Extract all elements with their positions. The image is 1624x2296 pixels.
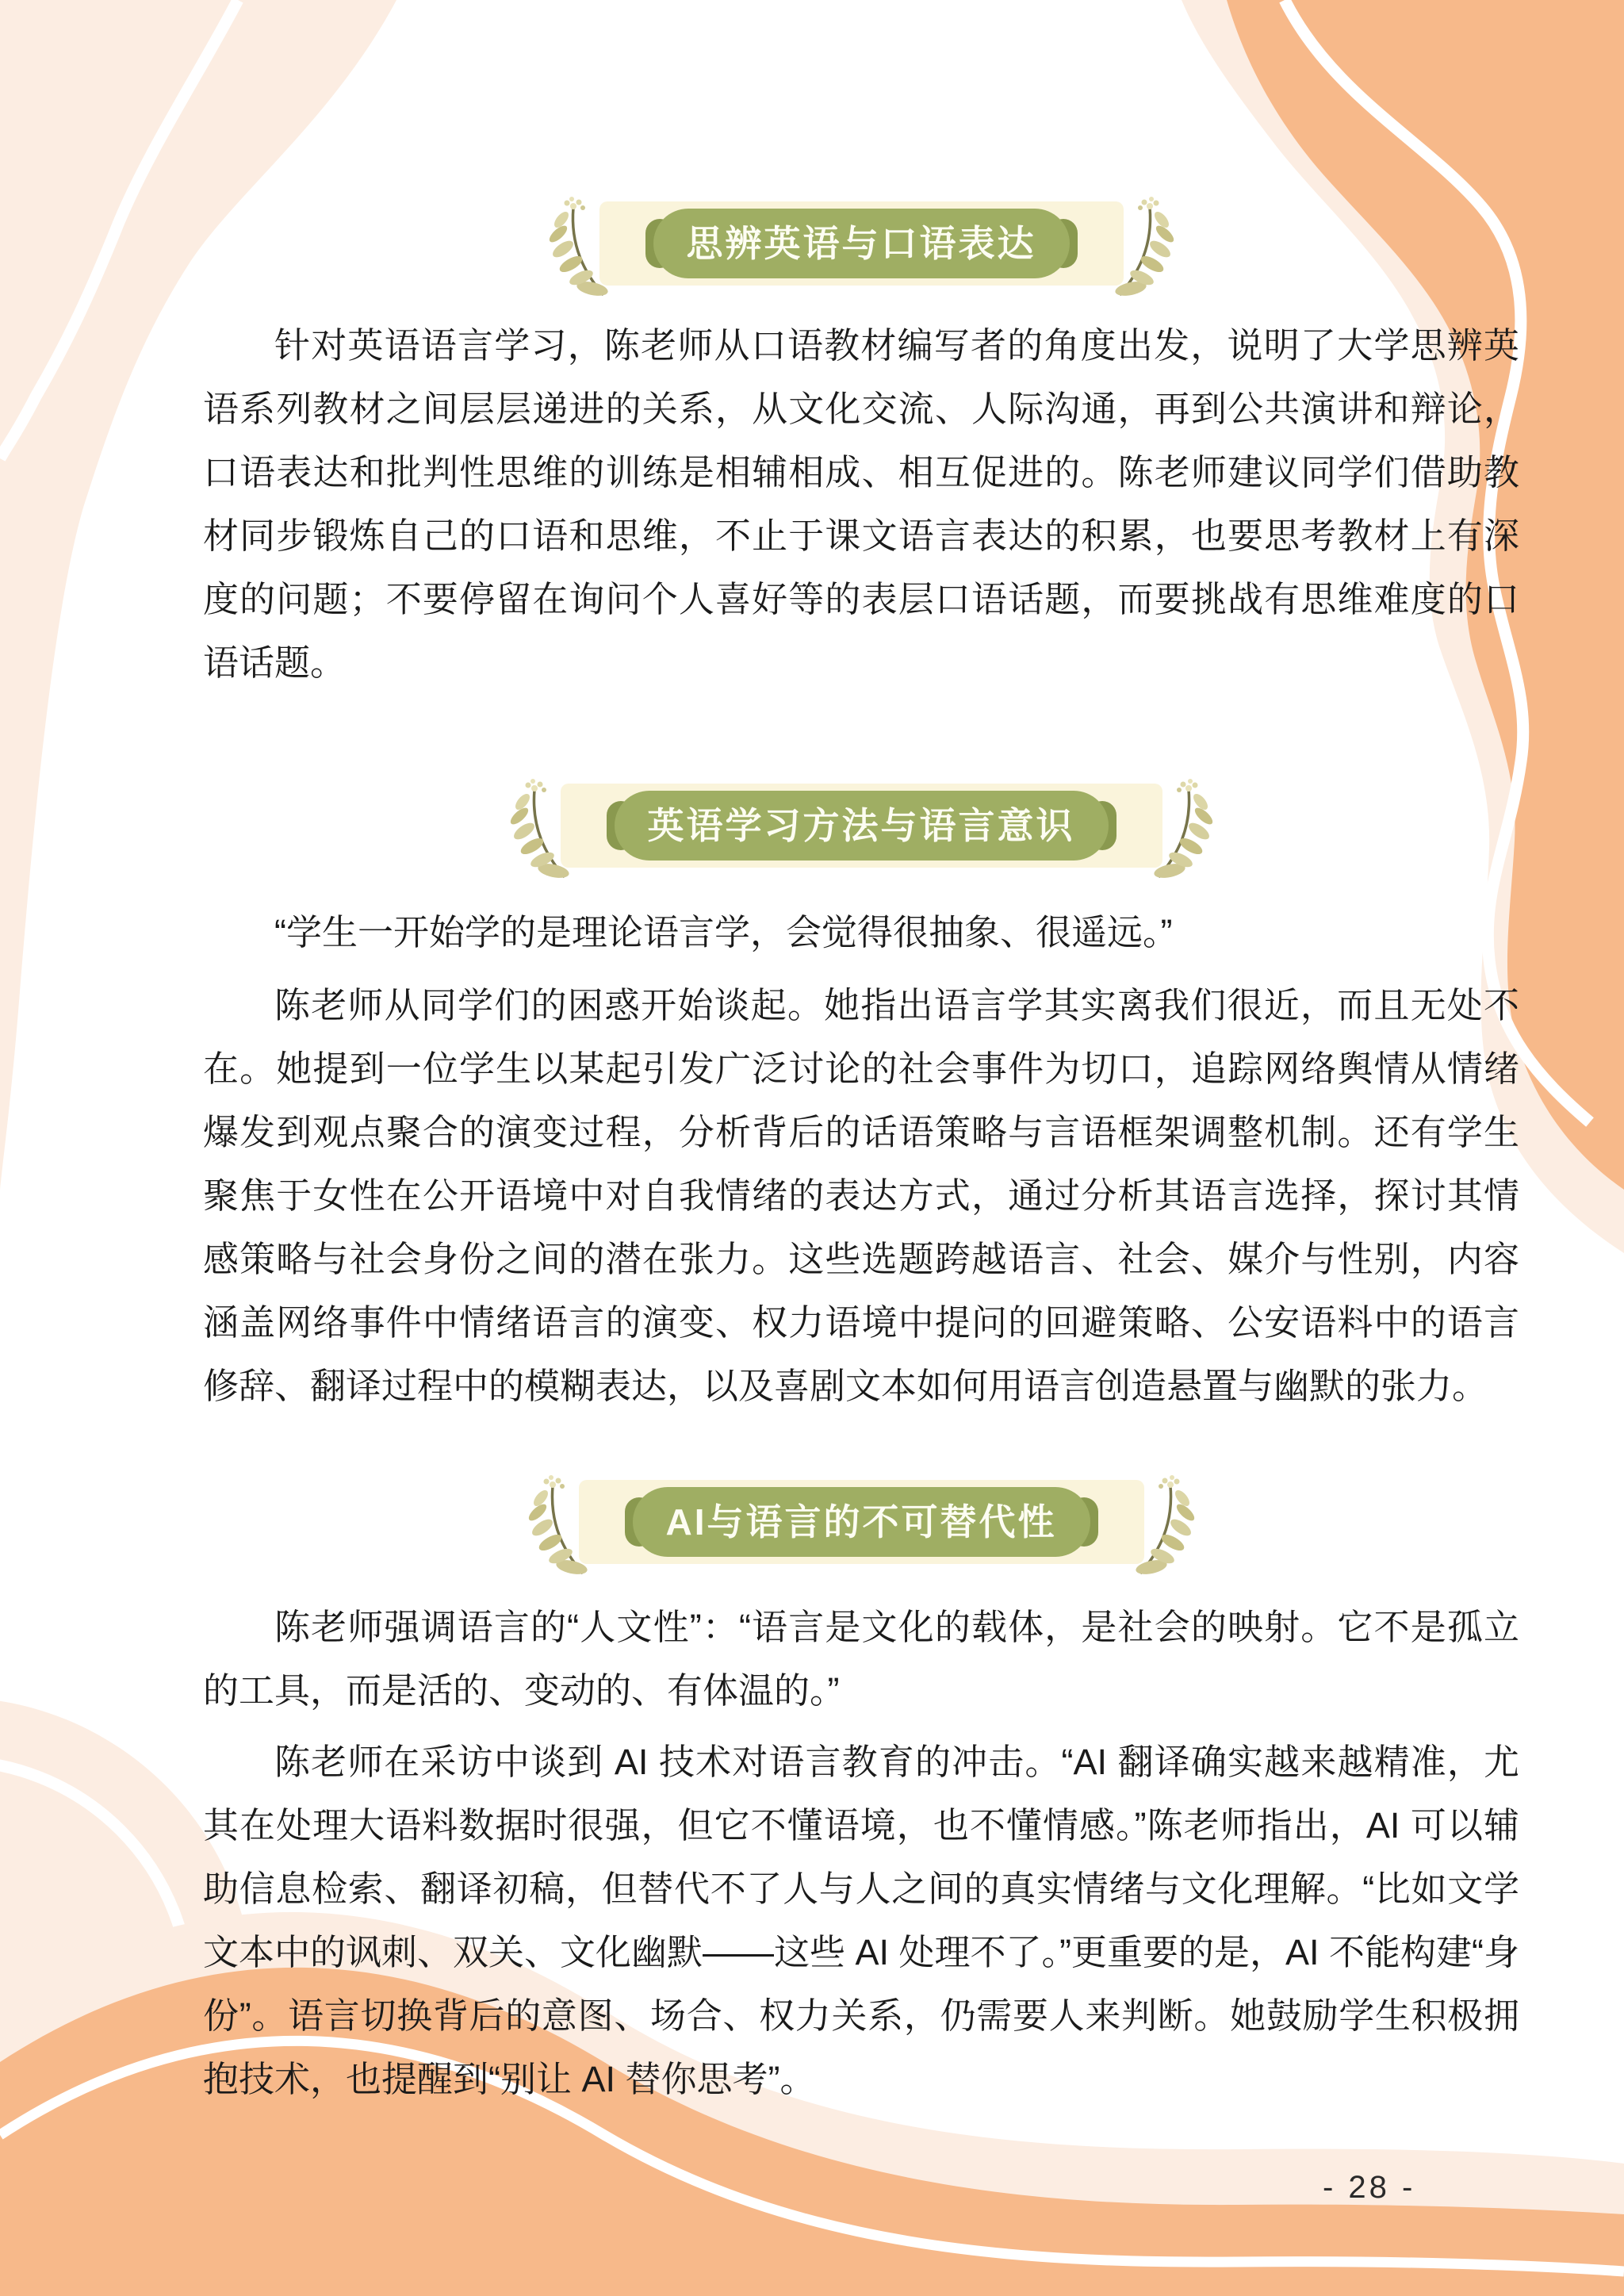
paragraph: 陈老师强调语言的“人文性”：“语言是文化的载体，是社会的映射。它不是孤立的工具，… (203, 1596, 1519, 1723)
laurel-branch-right-icon (1100, 197, 1189, 300)
banner-plate: 思辨英语与口语表达 (599, 201, 1124, 286)
banner-plate: AI与语言的不可替代性 (579, 1480, 1144, 1564)
section-title: 思辨英语与口语表达 (653, 209, 1070, 278)
paragraph: 针对英语语言学习，陈老师从口语教材编写者的角度出发，说明了大学思辨英语系列教材之… (203, 314, 1519, 695)
paragraph: 陈老师从同学们的困惑开始谈起。她指出语言学其实离我们很近，而且无处不在。她提到一… (203, 974, 1519, 1418)
quote-paragraph: “学生一开始学的是理论语言学，会觉得很抽象、很遥远。” (203, 901, 1519, 964)
paragraph: 陈老师在采访中谈到 AI 技术对语言教育的冲击。“AI 翻译确实越来越精准，尤其… (203, 1731, 1519, 2111)
laurel-branch-right-icon (1120, 1475, 1209, 1578)
banner-plate: 英语学习方法与语言意识 (561, 784, 1162, 868)
section-title: AI与语言的不可替代性 (633, 1487, 1090, 1557)
page-number: - 28 - (1323, 2170, 1415, 2206)
laurel-branch-right-icon (1139, 779, 1228, 882)
section-banner-1: 思辨英语与口语表达 (203, 197, 1519, 290)
article-body: 思辨英语与口语表达 针对英语语言学习，陈老师从口语教材编写者的角度出发，说明了大… (203, 0, 1519, 2111)
section-banner-3: AI与语言的不可替代性 (203, 1475, 1519, 1569)
section-banner-2: 英语学习方法与语言意识 (203, 779, 1519, 872)
section-title: 英语学习方法与语言意识 (615, 791, 1109, 861)
document-page: 思辨英语与口语表达 针对英语语言学习，陈老师从口语教材编写者的角度出发，说明了大… (0, 0, 1624, 2296)
